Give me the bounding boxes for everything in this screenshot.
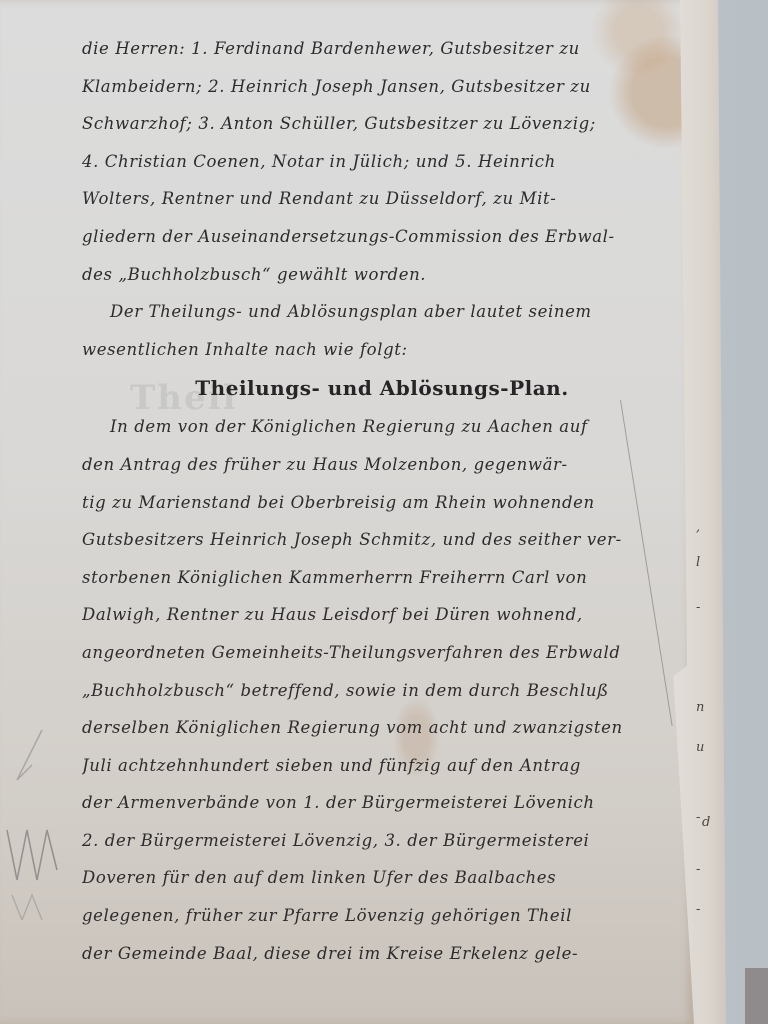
pencil-margin-marks [2,720,77,920]
text-line: Schwarzhof; 3. Anton Schüller, Gutsbesit… [82,105,682,143]
text-line: gelegenen, früher zur Pfarre Lövenzig ge… [82,897,682,935]
text-line: derselben Königlichen Regierung vom acht… [82,709,682,747]
text-line: gliedern der Auseinandersetzungs-Commiss… [82,218,682,256]
text-line: der Armenverbände von 1. der Bürgermeist… [82,784,682,822]
underlying-page-text-fragments: , l - n u - d - - [690,0,730,1024]
text-line: der Gemeinde Baal, diese drei im Kreise … [82,935,682,973]
document-text: die Herren: 1. Ferdinand Bardenhewer, Gu… [82,30,682,972]
text-line: Gutsbesitzers Heinrich Joseph Schmitz, u… [82,521,682,559]
text-line: 2. der Bürgermeisterei Lövenzig, 3. der … [82,822,682,860]
text-line: die Herren: 1. Ferdinand Bardenhewer, Gu… [82,30,682,68]
text-line: storbenen Königlichen Kammerherrn Freihe… [82,559,682,597]
background-object [745,968,768,1024]
text-line: Dalwigh, Rentner zu Haus Leisdorf bei Dü… [82,596,682,634]
text-line: Juli achtzehnhundert sieben und fünfzig … [82,747,682,785]
section-heading: Theilungs- und Ablösungs-Plan. [82,368,682,408]
text-line: Doveren für den auf dem linken Ufer des … [82,859,682,897]
text-line: 4. Christian Coenen, Notar in Jülich; un… [82,143,682,181]
text-line: „Buchholzbusch“ betreffend, sowie in dem… [82,672,682,710]
text-line: wesentlichen Inhalte nach wie folgt: [82,331,682,369]
text-line: In dem von der Königlichen Regierung zu … [82,408,682,446]
text-line: den Antrag des früher zu Haus Molzenbon,… [82,446,682,484]
text-line: Wolters, Rentner und Rendant zu Düsseldo… [82,180,682,218]
text-line: Klambeidern; 2. Heinrich Joseph Jansen, … [82,68,682,106]
text-line: Der Theilungs- und Ablösungsplan aber la… [82,293,682,331]
text-line: des „Buchholzbusch“ gewählt worden. [82,256,682,294]
text-line: angeordneten Gemeinheits-Theilungsverfah… [82,634,682,672]
text-line: tig zu Marienstand bei Oberbreisig am Rh… [82,484,682,522]
